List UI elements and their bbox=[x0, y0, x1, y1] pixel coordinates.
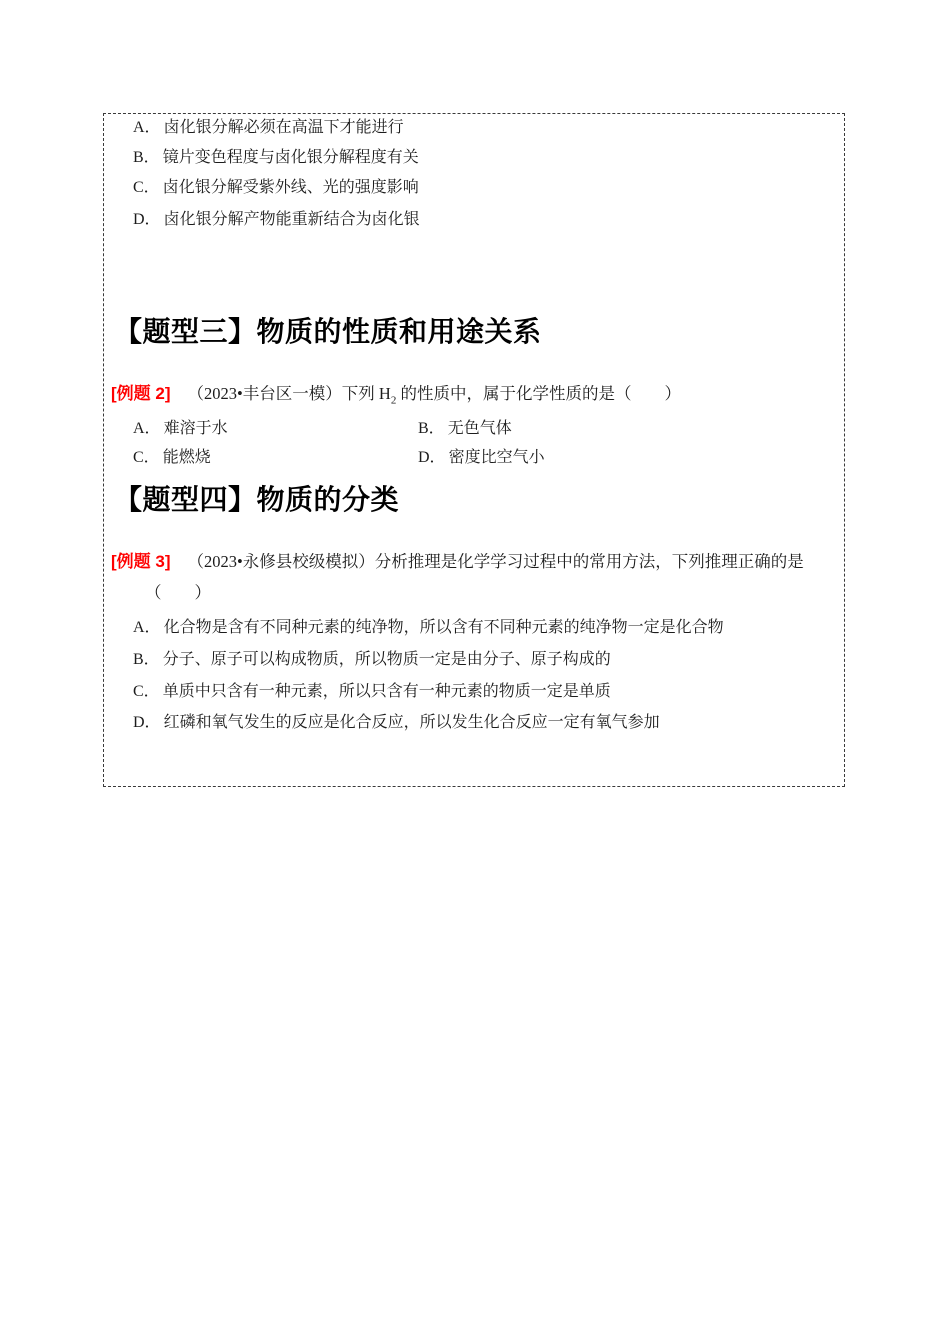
option-text: 密度比空气小 bbox=[449, 449, 545, 466]
question1-option-c: C．卤化银分解受紫外线、光的强度影响 bbox=[133, 178, 419, 197]
example2-option-d: D．密度比空气小 bbox=[418, 448, 545, 467]
example2-stem-suffix: 的性质中，属于化学性质的是（ ） bbox=[396, 384, 681, 403]
option-text: 化合物是含有不同种元素的纯净物，所以含有不同种元素的纯净物一定是化合物 bbox=[164, 619, 724, 636]
worksheet-dashed-border-box: A．卤化银分解必须在高温下才能进行 B．镜片变色程度与卤化银分解程度有关 C．卤… bbox=[103, 113, 845, 787]
example2-option-b: B．无色气体 bbox=[418, 419, 512, 438]
option-letter: B． bbox=[133, 651, 160, 668]
example3-option-b: B．分子、原子可以构成物质，所以物质一定是由分子、原子构成的 bbox=[133, 650, 611, 669]
example2-tag: [例题 2] bbox=[111, 384, 171, 403]
option-letter: C． bbox=[133, 449, 160, 466]
example3-option-d: D．红磷和氧气发生的反应是化合反应，所以发生化合反应一定有氧气参加 bbox=[133, 713, 660, 732]
example2-option-c: C．能燃烧 bbox=[133, 448, 211, 467]
option-letter: A． bbox=[133, 420, 161, 437]
question1-option-b: B．镜片变色程度与卤化银分解程度有关 bbox=[133, 148, 419, 167]
example3-tag: [例题 3] bbox=[111, 552, 171, 571]
option-letter: A． bbox=[133, 119, 161, 136]
example3-stem-text: （2023•永修县校级模拟）分析推理是化学学习过程中的常用方法，下列推理正确的是 bbox=[188, 552, 804, 571]
section-four-heading: 【题型四】物质的分类 bbox=[114, 484, 399, 516]
option-text: 无色气体 bbox=[448, 420, 512, 437]
example3-stem-line1: [例题 3]（2023•永修县校级模拟）分析推理是化学学习过程中的常用方法，下列… bbox=[111, 551, 804, 572]
option-text: 难溶于水 bbox=[164, 420, 228, 437]
option-letter: C． bbox=[133, 683, 160, 700]
example2-stem-line: [例题 2]（2023•丰台区一模）下列 H2 的性质中，属于化学性质的是（ ） bbox=[111, 383, 681, 404]
question1-option-d: D．卤化银分解产物能重新结合为卤化银 bbox=[133, 210, 420, 229]
example2-option-a: A．难溶于水 bbox=[133, 419, 228, 438]
option-text: 卤化银分解产物能重新结合为卤化银 bbox=[164, 211, 420, 228]
option-letter: C． bbox=[133, 179, 160, 196]
option-text: 卤化银分解受紫外线、光的强度影响 bbox=[163, 179, 419, 196]
option-text: 卤化银分解必须在高温下才能进行 bbox=[164, 119, 404, 136]
option-letter: A． bbox=[133, 619, 161, 636]
option-letter: D． bbox=[418, 449, 446, 466]
section-three-heading: 【题型三】物质的性质和用途关系 bbox=[114, 316, 542, 348]
option-letter: B． bbox=[418, 420, 445, 437]
option-text: 单质中只含有一种元素，所以只含有一种元素的物质一定是单质 bbox=[163, 683, 611, 700]
example3-stem-line2: （ ） bbox=[145, 582, 211, 603]
option-text: 能燃烧 bbox=[163, 449, 211, 466]
example3-option-c: C．单质中只含有一种元素，所以只含有一种元素的物质一定是单质 bbox=[133, 682, 611, 701]
option-letter: D． bbox=[133, 211, 161, 228]
option-letter: D． bbox=[133, 714, 161, 731]
option-text: 分子、原子可以构成物质，所以物质一定是由分子、原子构成的 bbox=[163, 651, 611, 668]
option-text: 镜片变色程度与卤化银分解程度有关 bbox=[163, 149, 419, 166]
option-text: 红磷和氧气发生的反应是化合反应，所以发生化合反应一定有氧气参加 bbox=[164, 714, 660, 731]
example3-option-a: A．化合物是含有不同种元素的纯净物，所以含有不同种元素的纯净物一定是化合物 bbox=[133, 618, 724, 637]
option-letter: B． bbox=[133, 149, 160, 166]
example2-stem-prefix: （2023•丰台区一模）下列 H bbox=[188, 384, 391, 403]
question1-option-a: A．卤化银分解必须在高温下才能进行 bbox=[133, 118, 404, 137]
